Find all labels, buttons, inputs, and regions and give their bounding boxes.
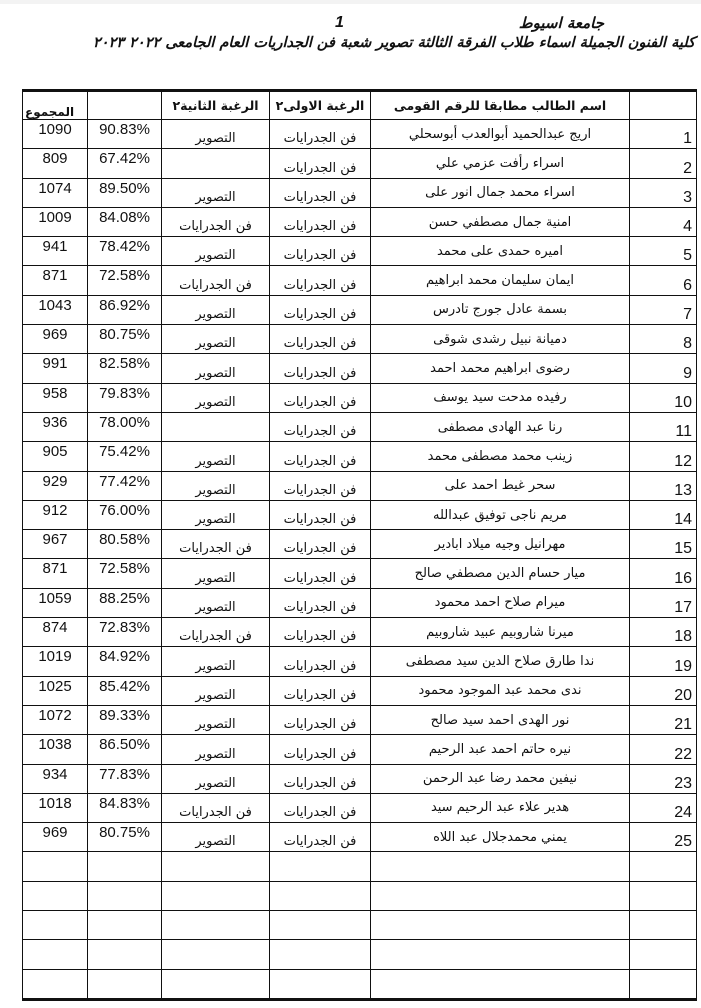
- header-second-wish: الرغبة الثانية٢: [162, 91, 270, 120]
- total-cell: 1019: [23, 647, 88, 676]
- student-name-cell: [371, 940, 630, 969]
- first-wish-cell: فن الجدرايات: [270, 266, 371, 295]
- percent-cell: 78.00%: [88, 412, 162, 441]
- percent-cell: 90.83%: [88, 120, 162, 149]
- second-wish-cell: التصوير: [162, 764, 270, 793]
- student-name-cell: رنا عبد الهادى مصطفى: [371, 412, 630, 441]
- total-cell: [23, 940, 88, 969]
- student-name-cell: اميره حمدى على محمد: [371, 237, 630, 266]
- row-number-cell: 24: [630, 793, 697, 822]
- row-number-cell: 4: [630, 207, 697, 236]
- first-wish-cell: [270, 969, 371, 999]
- total-cell: 1025: [23, 676, 88, 705]
- table-row: 100984.08%فن الجدراياتفن الجدراياتامنية …: [23, 207, 697, 236]
- university-name: جامعة اسيوط: [519, 14, 604, 32]
- first-wish-cell: [270, 852, 371, 881]
- percent-cell: 89.50%: [88, 178, 162, 207]
- first-wish-cell: فن الجدرايات: [270, 295, 371, 324]
- row-number-cell: 5: [630, 237, 697, 266]
- first-wish-cell: فن الجدرايات: [270, 618, 371, 647]
- percent-cell: 85.42%: [88, 676, 162, 705]
- student-name-cell: ميرنا شاروبيم عبيد شاروبيم: [371, 618, 630, 647]
- row-number-cell: 6: [630, 266, 697, 295]
- second-wish-cell: التصوير: [162, 676, 270, 705]
- second-wish-cell: التصوير: [162, 735, 270, 764]
- table-row: [23, 852, 697, 881]
- first-wish-cell: فن الجدرايات: [270, 120, 371, 149]
- second-wish-cell: التصوير: [162, 471, 270, 500]
- percent-cell: 82.58%: [88, 354, 162, 383]
- percent-cell: 75.42%: [88, 442, 162, 471]
- row-number-cell: 2: [630, 149, 697, 178]
- student-name-cell: ميرام صلاح احمد محمود: [371, 588, 630, 617]
- first-wish-cell: فن الجدرايات: [270, 354, 371, 383]
- first-wish-cell: فن الجدرايات: [270, 178, 371, 207]
- row-number-cell: 23: [630, 764, 697, 793]
- first-wish-cell: فن الجدرايات: [270, 793, 371, 822]
- table-row: 91276.00%التصويرفن الجدراياتمريم ناجى تو…: [23, 500, 697, 529]
- total-cell: [23, 852, 88, 881]
- student-name-cell: [371, 911, 630, 940]
- first-wish-cell: فن الجدرايات: [270, 530, 371, 559]
- second-wish-cell: فن الجدرايات: [162, 266, 270, 295]
- total-cell: 991: [23, 354, 88, 383]
- second-wish-cell: [162, 969, 270, 999]
- first-wish-cell: فن الجدرايات: [270, 764, 371, 793]
- total-cell: [23, 969, 88, 999]
- student-name-cell: هدير علاء عبد الرحيم سيد: [371, 793, 630, 822]
- second-wish-cell: [162, 911, 270, 940]
- second-wish-cell: فن الجدرايات: [162, 530, 270, 559]
- table-row: 107289.33%التصويرفن الجدراياتنور الهدى ا…: [23, 705, 697, 734]
- second-wish-cell: [162, 881, 270, 910]
- row-number-cell: [630, 969, 697, 999]
- first-wish-cell: فن الجدرايات: [270, 207, 371, 236]
- student-name-cell: دميانة نبيل رشدى شوقى: [371, 325, 630, 354]
- student-name-cell: يمني محمدجلال عبد اللاه: [371, 823, 630, 852]
- table-row: 105988.25%التصويرفن الجدراياتميرام صلاح …: [23, 588, 697, 617]
- header-percent: [88, 91, 162, 120]
- table-row: 104386.92%التصويرفن الجدراياتبسمة عادل ج…: [23, 295, 697, 324]
- total-cell: 912: [23, 500, 88, 529]
- total-cell: [23, 911, 88, 940]
- percent-cell: 84.08%: [88, 207, 162, 236]
- row-number-cell: 16: [630, 559, 697, 588]
- first-wish-cell: فن الجدرايات: [270, 500, 371, 529]
- total-cell: 1090: [23, 120, 88, 149]
- percent-cell: 72.58%: [88, 559, 162, 588]
- second-wish-cell: [162, 149, 270, 178]
- first-wish-cell: فن الجدرايات: [270, 237, 371, 266]
- row-number-cell: 8: [630, 325, 697, 354]
- first-wish-cell: فن الجدرايات: [270, 325, 371, 354]
- total-cell: 969: [23, 823, 88, 852]
- table-row: [23, 940, 697, 969]
- student-roster-table: المجموع الرغبة الثانية٢ الرغبة الاولى٢ ا…: [22, 89, 697, 1001]
- percent-cell: [88, 911, 162, 940]
- table-row: 92977.42%التصويرفن الجدراياتسحر غيط احمد…: [23, 471, 697, 500]
- row-number-cell: [630, 852, 697, 881]
- second-wish-cell: فن الجدرايات: [162, 793, 270, 822]
- header-number: [630, 91, 697, 120]
- percent-cell: 84.92%: [88, 647, 162, 676]
- second-wish-cell: [162, 852, 270, 881]
- percent-cell: 77.83%: [88, 764, 162, 793]
- second-wish-cell: التصوير: [162, 383, 270, 412]
- student-name-cell: [371, 969, 630, 999]
- first-wish-cell: فن الجدرايات: [270, 442, 371, 471]
- document-subtitle: كلية الفنون الجميلة اسماء طلاب الفرقة ال…: [93, 35, 695, 51]
- percent-cell: 67.42%: [88, 149, 162, 178]
- row-number-cell: 19: [630, 647, 697, 676]
- percent-cell: [88, 940, 162, 969]
- first-wish-cell: فن الجدرايات: [270, 676, 371, 705]
- total-cell: 1072: [23, 705, 88, 734]
- percent-cell: 89.33%: [88, 705, 162, 734]
- percent-cell: [88, 852, 162, 881]
- student-name-cell: سحر غيط احمد على: [371, 471, 630, 500]
- total-cell: 871: [23, 559, 88, 588]
- second-wish-cell: فن الجدرايات: [162, 618, 270, 647]
- percent-cell: [88, 969, 162, 999]
- percent-cell: 77.42%: [88, 471, 162, 500]
- percent-cell: 76.00%: [88, 500, 162, 529]
- first-wish-cell: فن الجدرايات: [270, 559, 371, 588]
- student-name-cell: نيفين محمد رضا عبد الرحمن: [371, 764, 630, 793]
- percent-cell: 86.50%: [88, 735, 162, 764]
- student-name-cell: رفيده مدحت سيد يوسف: [371, 383, 630, 412]
- total-cell: 905: [23, 442, 88, 471]
- total-cell: 1009: [23, 207, 88, 236]
- table-row: 80967.42%فن الجدراياتاسراء رأفت عزمي علي…: [23, 149, 697, 178]
- header-first-wish: الرغبة الاولى٢: [270, 91, 371, 120]
- total-cell: 1059: [23, 588, 88, 617]
- table-row: 96980.75%التصويرفن الجدراياتدميانة نبيل …: [23, 325, 697, 354]
- header-total: المجموع: [23, 91, 88, 120]
- percent-cell: 80.75%: [88, 325, 162, 354]
- row-number-cell: [630, 881, 697, 910]
- second-wish-cell: التصوير: [162, 295, 270, 324]
- percent-cell: 80.75%: [88, 823, 162, 852]
- student-name-cell: مريم ناجى توفيق عبدالله: [371, 500, 630, 529]
- first-wish-cell: فن الجدرايات: [270, 383, 371, 412]
- total-cell: 958: [23, 383, 88, 412]
- table-row: 95879.83%التصويرفن الجدراياترفيده مدحت س…: [23, 383, 697, 412]
- total-cell: 871: [23, 266, 88, 295]
- table-row: 102585.42%التصويرفن الجدراياتندى محمد عب…: [23, 676, 697, 705]
- student-name-cell: زينب محمد مصطفى محمد: [371, 442, 630, 471]
- student-name-cell: بسمة عادل جورج تادرس: [371, 295, 630, 324]
- total-cell: 969: [23, 325, 88, 354]
- table-header-row: المجموع الرغبة الثانية٢ الرغبة الاولى٢ ا…: [23, 91, 697, 120]
- total-cell: 929: [23, 471, 88, 500]
- first-wish-cell: [270, 881, 371, 910]
- first-wish-cell: فن الجدرايات: [270, 149, 371, 178]
- second-wish-cell: التصوير: [162, 120, 270, 149]
- student-name-cell: مهرانيل وجيه ميلاد ابادير: [371, 530, 630, 559]
- table-row: 101884.83%فن الجدراياتفن الجدراياتهدير ع…: [23, 793, 697, 822]
- percent-cell: 86.92%: [88, 295, 162, 324]
- student-name-cell: ندى محمد عبد الموجود محمود: [371, 676, 630, 705]
- student-name-cell: [371, 852, 630, 881]
- row-number-cell: 22: [630, 735, 697, 764]
- second-wish-cell: التصوير: [162, 588, 270, 617]
- total-cell: 1074: [23, 178, 88, 207]
- row-number-cell: 20: [630, 676, 697, 705]
- percent-cell: 78.42%: [88, 237, 162, 266]
- second-wish-cell: التصوير: [162, 178, 270, 207]
- total-cell: 874: [23, 618, 88, 647]
- total-cell: [23, 881, 88, 910]
- row-number-cell: [630, 911, 697, 940]
- row-number-cell: 13: [630, 471, 697, 500]
- first-wish-cell: فن الجدرايات: [270, 412, 371, 441]
- row-number-cell: 17: [630, 588, 697, 617]
- first-wish-cell: فن الجدرايات: [270, 735, 371, 764]
- total-cell: 936: [23, 412, 88, 441]
- second-wish-cell: [162, 412, 270, 441]
- percent-cell: 88.25%: [88, 588, 162, 617]
- student-name-cell: رضوى ابراهيم محمد احمد: [371, 354, 630, 383]
- table-row: 87472.83%فن الجدراياتفن الجدراياتميرنا ش…: [23, 618, 697, 647]
- student-name-cell: ايمان سليمان محمد ابراهيم: [371, 266, 630, 295]
- table-row: 101984.92%التصويرفن الجدراياتندا طارق صل…: [23, 647, 697, 676]
- first-wish-cell: [270, 940, 371, 969]
- first-wish-cell: فن الجدرايات: [270, 588, 371, 617]
- student-name-cell: اسراء رأفت عزمي علي: [371, 149, 630, 178]
- row-number-cell: [630, 940, 697, 969]
- first-wish-cell: فن الجدرايات: [270, 647, 371, 676]
- first-wish-cell: فن الجدرايات: [270, 823, 371, 852]
- table-row: 103886.50%التصويرفن الجدراياتنيره حاتم ا…: [23, 735, 697, 764]
- table-row: 94178.42%التصويرفن الجدراياتاميره حمدى ع…: [23, 237, 697, 266]
- row-number-cell: 7: [630, 295, 697, 324]
- row-number-cell: 25: [630, 823, 697, 852]
- table-row: 109090.83%التصويرفن الجدراياتاريج عبدالح…: [23, 120, 697, 149]
- table-row: [23, 911, 697, 940]
- second-wish-cell: التصوير: [162, 823, 270, 852]
- total-cell: 1043: [23, 295, 88, 324]
- table-row: 107489.50%التصويرفن الجدراياتاسراء محمد …: [23, 178, 697, 207]
- row-number-cell: 14: [630, 500, 697, 529]
- first-wish-cell: [270, 911, 371, 940]
- percent-cell: 80.58%: [88, 530, 162, 559]
- student-name-cell: [371, 881, 630, 910]
- first-wish-cell: فن الجدرايات: [270, 471, 371, 500]
- first-wish-cell: فن الجدرايات: [270, 705, 371, 734]
- percent-cell: 72.83%: [88, 618, 162, 647]
- second-wish-cell: التصوير: [162, 647, 270, 676]
- second-wish-cell: التصوير: [162, 705, 270, 734]
- second-wish-cell: فن الجدرايات: [162, 207, 270, 236]
- total-cell: 1018: [23, 793, 88, 822]
- second-wish-cell: التصوير: [162, 354, 270, 383]
- row-number-cell: 21: [630, 705, 697, 734]
- percent-cell: 84.83%: [88, 793, 162, 822]
- row-number-cell: 15: [630, 530, 697, 559]
- row-number-cell: 11: [630, 412, 697, 441]
- second-wish-cell: التصوير: [162, 559, 270, 588]
- row-number-cell: 9: [630, 354, 697, 383]
- student-name-cell: امنية جمال مصطفي حسن: [371, 207, 630, 236]
- table-row: 96980.75%التصويرفن الجدراياتيمني محمدجلا…: [23, 823, 697, 852]
- total-cell: 809: [23, 149, 88, 178]
- table-row: 96780.58%فن الجدراياتفن الجدراياتمهرانيل…: [23, 530, 697, 559]
- student-name-cell: اسراء محمد جمال انور على: [371, 178, 630, 207]
- percent-cell: 79.83%: [88, 383, 162, 412]
- table-row: 87172.58%فن الجدراياتفن الجدراياتايمان س…: [23, 266, 697, 295]
- second-wish-cell: التصوير: [162, 500, 270, 529]
- total-cell: 967: [23, 530, 88, 559]
- table-row: 99182.58%التصويرفن الجدراياترضوى ابراهيم…: [23, 354, 697, 383]
- header-student-name: اسم الطالب مطابقا للرقم القومى: [371, 91, 630, 120]
- second-wish-cell: التصوير: [162, 237, 270, 266]
- student-name-cell: اريج عبدالحميد أبوالعدب أبوسحلي: [371, 120, 630, 149]
- student-name-cell: ميار حسام الدين مصطفي صالح: [371, 559, 630, 588]
- total-cell: 1038: [23, 735, 88, 764]
- table-row: 93678.00%فن الجدراياترنا عبد الهادى مصطف…: [23, 412, 697, 441]
- table-row: [23, 881, 697, 910]
- student-name-cell: ندا طارق صلاح الدين سيد مصطفى: [371, 647, 630, 676]
- table-row: [23, 969, 697, 999]
- percent-cell: [88, 881, 162, 910]
- table-row: 93477.83%التصويرفن الجدراياتنيفين محمد ر…: [23, 764, 697, 793]
- percent-cell: 72.58%: [88, 266, 162, 295]
- row-number-cell: 3: [630, 178, 697, 207]
- table-row: 90575.42%التصويرفن الجدراياتزينب محمد مص…: [23, 442, 697, 471]
- second-wish-cell: التصوير: [162, 442, 270, 471]
- top-strip: [0, 0, 701, 4]
- student-name-cell: نور الهدى احمد سيد صالح: [371, 705, 630, 734]
- table-row: 87172.58%التصويرفن الجدراياتميار حسام ال…: [23, 559, 697, 588]
- total-cell: 941: [23, 237, 88, 266]
- second-wish-cell: [162, 940, 270, 969]
- total-cell: 934: [23, 764, 88, 793]
- row-number-cell: 10: [630, 383, 697, 412]
- row-number-cell: 1: [630, 120, 697, 149]
- page-number: 1: [335, 14, 344, 32]
- row-number-cell: 18: [630, 618, 697, 647]
- student-name-cell: نيره حاتم احمد عبد الرحيم: [371, 735, 630, 764]
- second-wish-cell: التصوير: [162, 325, 270, 354]
- row-number-cell: 12: [630, 442, 697, 471]
